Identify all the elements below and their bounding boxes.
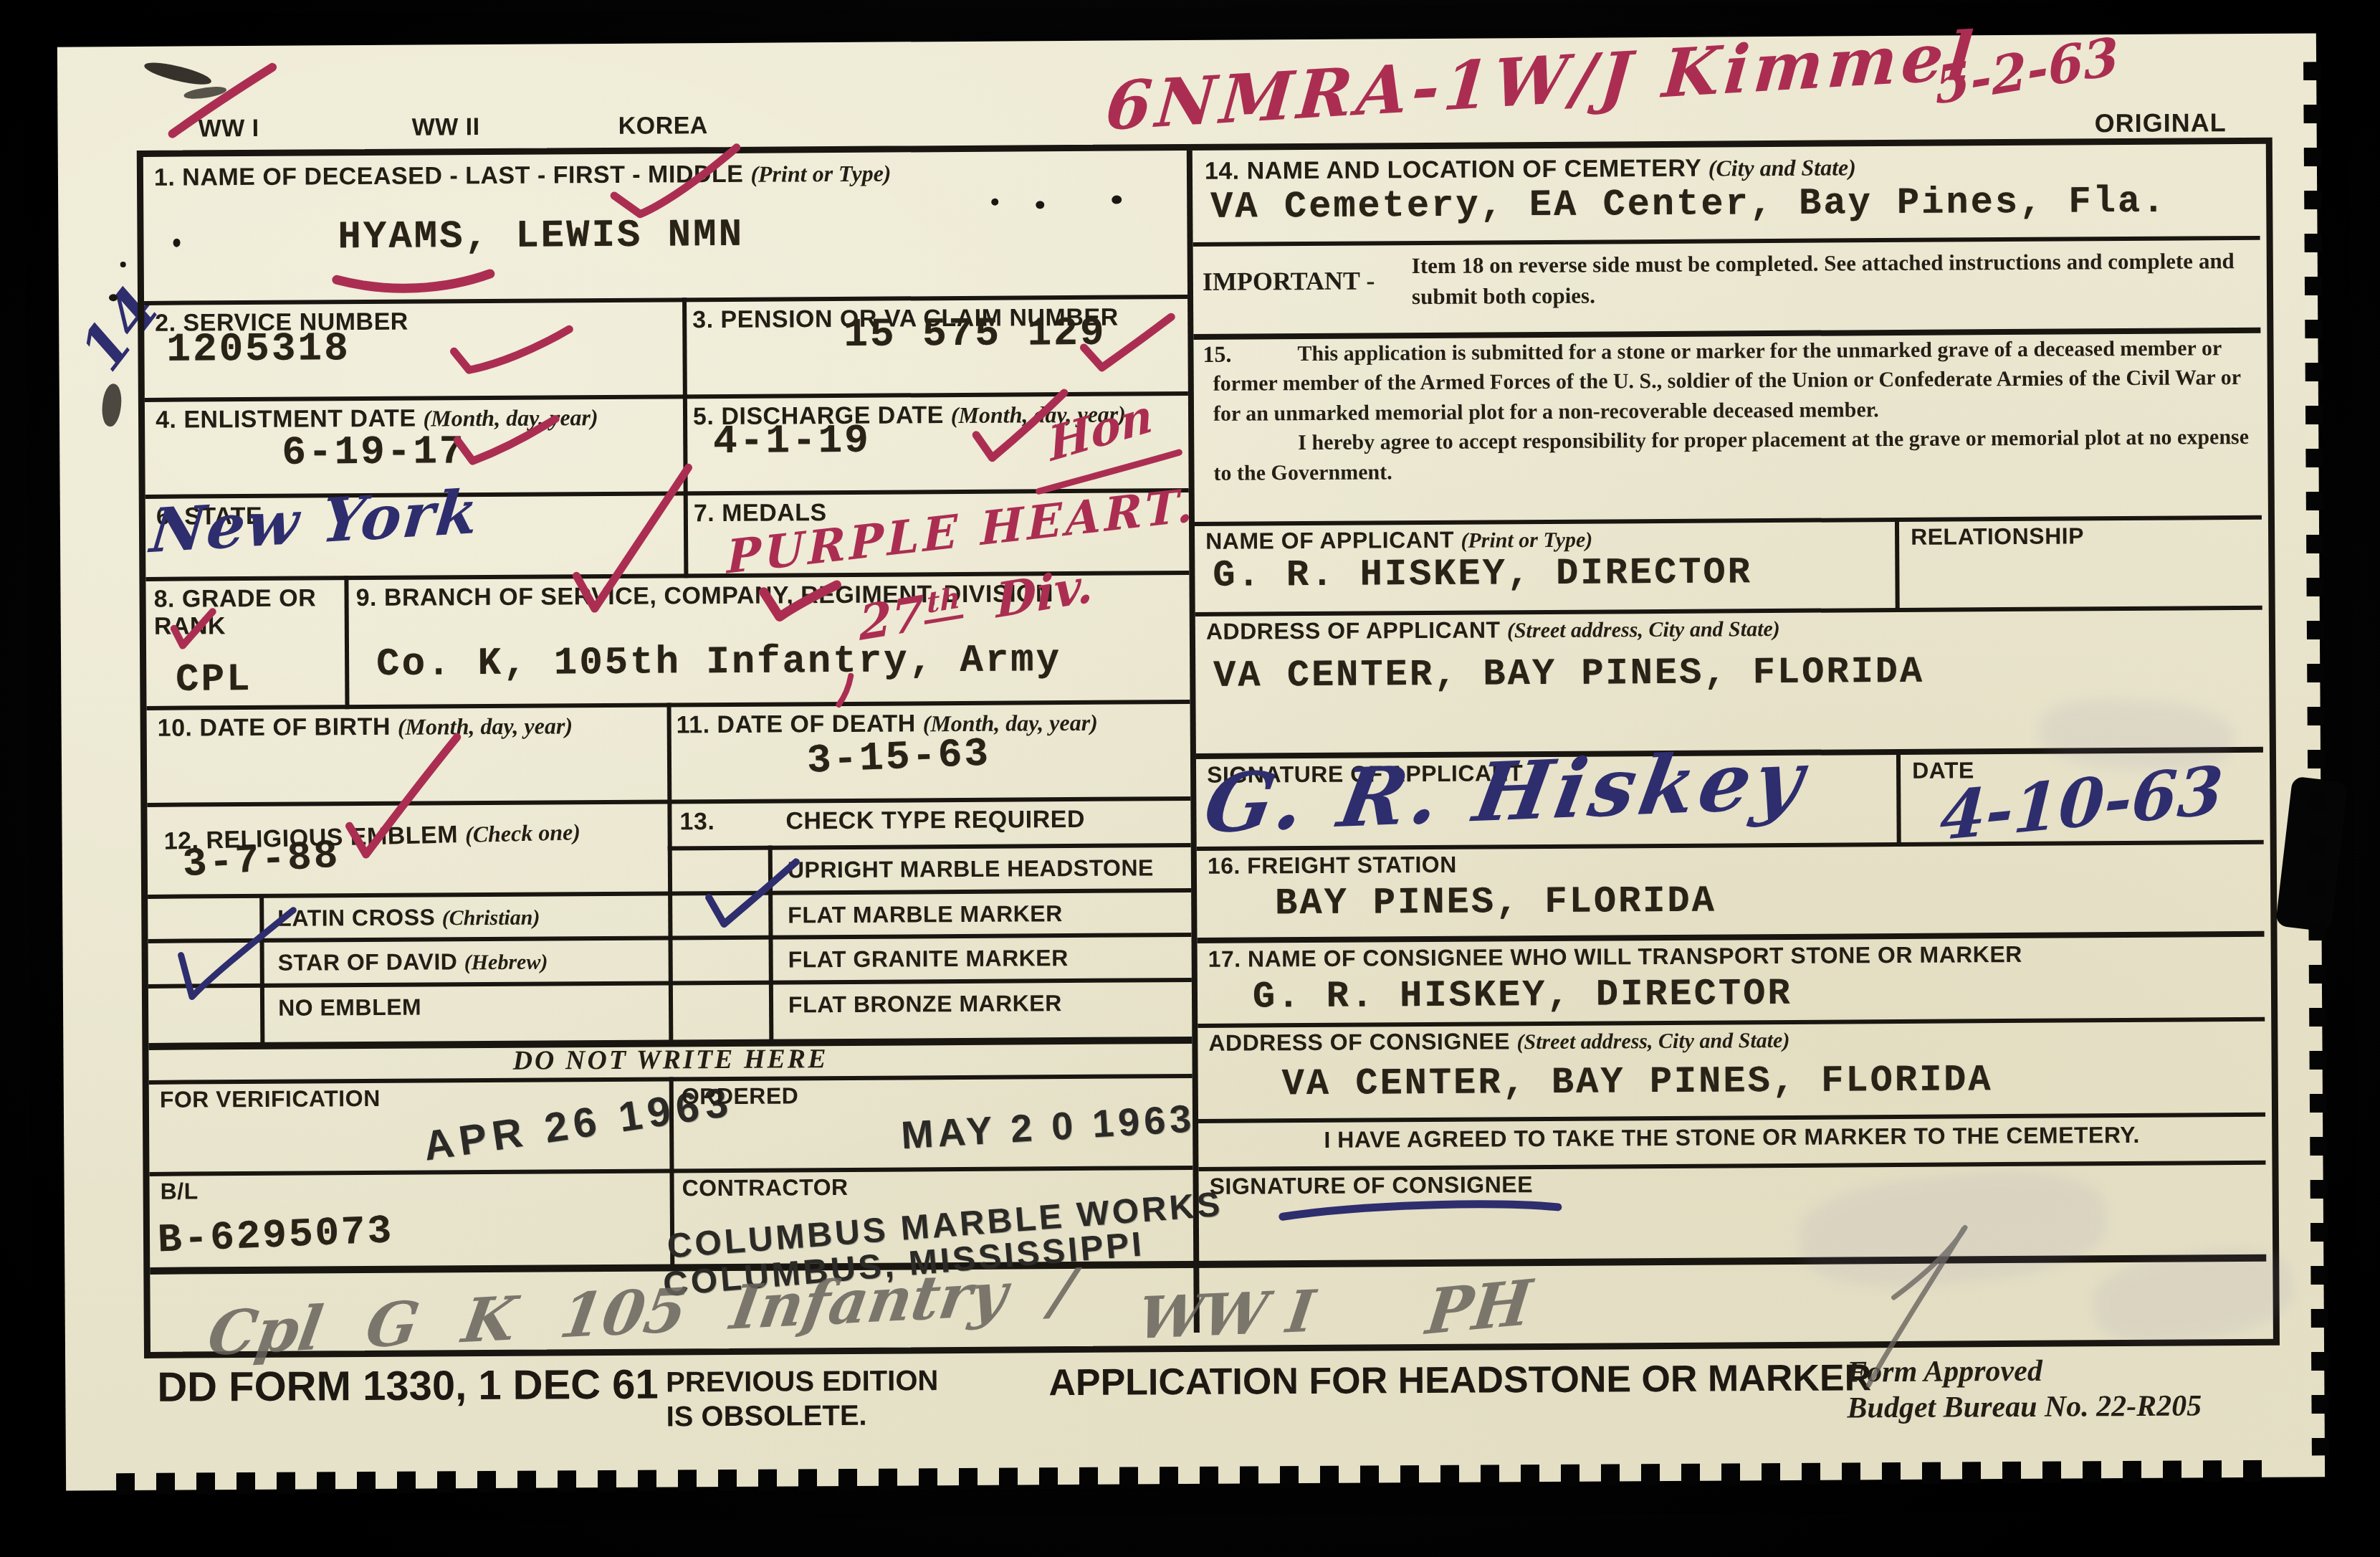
war-tab-ww2: WW II [411, 113, 479, 141]
field-14-value: VA Cemetery, EA Center, Bay Pines, Fla. [1210, 184, 2166, 227]
important-text: Item 18 on reverse side must be complete… [1412, 246, 2251, 313]
field-9-value: Co. K, 105th Infantry, Army [376, 642, 1061, 685]
important-label: IMPORTANT - [1203, 265, 1375, 296]
field-5-value: 4-1-19 [713, 421, 871, 462]
important-text-body: Item 18 on reverse side must be complete… [1412, 246, 2251, 313]
option-label-italic: (Hebrew) [464, 950, 548, 974]
field-1-label-italic: (Print or Type) [750, 161, 891, 187]
footer-form-number: DD FORM 1330, 1 DEC 61 [157, 1364, 659, 1409]
ink-speck [173, 239, 181, 247]
pencil-note-ph: PH [1423, 1272, 1534, 1344]
field-17-label: 17. NAME OF CONSIGNEE WHO WILL TRANSPORT… [1208, 942, 2022, 973]
footer-approved-2: Budget Bureau No. 22-R205 [1847, 1389, 2202, 1425]
applicant-name-value: G. R. HISKEY, DIRECTOR [1213, 554, 1752, 595]
field-15-paragraph-2: I hereby agree to accept responsibility … [1213, 422, 2249, 488]
field-12-label-italic: (Check one) [465, 819, 581, 847]
option-label: STAR OF DAVID [278, 948, 458, 976]
bl-label: B/L [161, 1179, 199, 1204]
field-11-value: 3-15-63 [806, 733, 991, 781]
consignee-address-label: ADDRESS OF CONSIGNEE [1208, 1028, 1510, 1056]
consignee-signature-label: SIGNATURE OF CONSIGNEE [1210, 1172, 1534, 1200]
relationship-label: RELATIONSHIP [1911, 523, 2084, 550]
consignee-address-label-italic: (Street address, City and State) [1516, 1029, 1789, 1054]
footer-form-title: APPLICATION FOR HEADSTONE OR MARKER [1048, 1359, 1871, 1401]
perforation-right [2303, 62, 2329, 1455]
footer-previous-edition-1: PREVIOUS EDITION [666, 1363, 938, 1399]
field-1-label: 1. NAME OF DECEASED - LAST - FIRST - MID… [154, 161, 744, 191]
applicant-name-head: NAME OF APPLICANT (Print or Type) [1205, 527, 1592, 555]
option-label-italic: (Christian) [442, 906, 540, 930]
war-tab-korea: KOREA [618, 112, 708, 140]
field-14-label-italic: (City and State) [1708, 154, 1856, 181]
grid-line [1895, 518, 1900, 612]
field-11-label: 11. DATE OF DEATH [677, 710, 916, 738]
field-4-label-italic: (Month, day, year) [423, 404, 598, 431]
field-10-label-italic: (Month, day, year) [398, 713, 573, 739]
field-15-paragraph-1: This application is submitted for a ston… [1213, 333, 2249, 429]
grid-line [259, 894, 264, 1047]
emblem-option-latin-cross: LATIN CROSS (Christian) [277, 905, 540, 932]
edge-smudge [143, 59, 213, 89]
consignee-address-head: ADDRESS OF CONSIGNEE (Street address, Ci… [1208, 1027, 1789, 1057]
ink-speck [1036, 201, 1044, 209]
type-option-flat-bronze-marker: FLAT BRONZE MARKER [788, 991, 1062, 1018]
emblem-option-no-emblem: NO EMBLEM [278, 995, 421, 1022]
type-option-flat-granite-marker: FLAT GRANITE MARKER [788, 946, 1069, 973]
war-tab-ww1: WW I [198, 115, 259, 143]
type-option-upright-marble-headstone: UPRIGHT MARBLE HEADSTONE [788, 855, 1154, 883]
applicant-signature-script: G. R. Hiskey [1199, 740, 1813, 845]
field-14-cemetery: 14. NAME AND LOCATION OF CEMETERY (City … [1205, 153, 1856, 185]
field-1-name-of-deceased: 1. NAME OF DECEASED - LAST - FIRST - MID… [154, 160, 892, 191]
grid-line [1896, 749, 1901, 847]
field-13-title: CHECK TYPE REQUIRED [785, 806, 1085, 835]
field-13-number: 13. [679, 808, 715, 835]
applicant-name-label-italic: (Print or Type) [1461, 528, 1592, 553]
option-label: LATIN CROSS [277, 904, 435, 930]
field-8-value: CPL [176, 661, 252, 700]
emblem-option-star-of-david: STAR OF DAVID (Hebrew) [278, 948, 548, 976]
contractor-label: CONTRACTOR [682, 1175, 849, 1201]
field-14-label: 14. NAME AND LOCATION OF CEMETERY [1205, 155, 1701, 185]
scan-background: WW I WW II KOREA 6NMRA-1W/J Kimmel 5-2-6… [0, 0, 2380, 1557]
do-not-write-here-label: DO NOT WRITE HERE [148, 1041, 1192, 1079]
bl-value: B-6295073 [157, 1211, 394, 1260]
field-8-label: 8. GRADE OR RANK [153, 584, 333, 640]
field-3-value: 15 575 129 [843, 313, 1106, 355]
field-15-text: This application is submitted for a ston… [1213, 333, 2249, 488]
field-10-birth: 10. DATE OF BIRTH (Month, day, year) [158, 712, 573, 742]
field-16-value: BAY PINES, FLORIDA [1275, 883, 1716, 923]
footer-approved-1: Form Approved [1847, 1354, 2042, 1390]
applicant-address-label: ADDRESS OF APPLICANT [1206, 616, 1501, 644]
applicant-name-label: NAME OF APPLICANT [1205, 527, 1454, 554]
applicant-address-label-italic: (Street address, City and State) [1507, 617, 1780, 642]
footer-previous-edition-2: IS OBSOLETE. [666, 1399, 866, 1434]
division-note-number: 27 [859, 584, 924, 652]
field-1-value: HYAMS, LEWIS NMN [338, 216, 744, 257]
edge-smudge [100, 383, 123, 427]
field-6-value-handwritten: New York [148, 482, 482, 561]
ink-speck [991, 199, 998, 206]
red-routing-note: 6NMRA-1W/J Kimmel [1103, 22, 1979, 140]
consignee-address-value: VA CENTER, BAY PINES, FLORIDA [1282, 1062, 1993, 1103]
division-note-suffix: th [924, 580, 964, 624]
pencil-note-wwi: WW I [1134, 1282, 1318, 1347]
field-2-value: 1205318 [166, 328, 350, 370]
ordered-label: ORDERED [682, 1083, 799, 1110]
ink-speck [1112, 196, 1122, 204]
original-copy-label: ORIGINAL [2094, 108, 2226, 138]
for-verification-label: FOR VERIFICATION [160, 1086, 381, 1113]
ink-speck [120, 262, 126, 267]
perforation-bottom [116, 1460, 2282, 1495]
type-option-flat-marble-marker: FLAT MARBLE MARKER [788, 901, 1063, 928]
grid-line [344, 576, 349, 709]
field-4-value: 6-19-17 [282, 432, 466, 473]
applicant-address-value: VA CENTER, BAY PINES, FLORIDA [1213, 654, 1924, 695]
field-16-label: 16. FREIGHT STATION [1208, 852, 1457, 880]
ink-speck [109, 294, 118, 301]
form-paper: WW I WW II KOREA 6NMRA-1W/J Kimmel 5-2-6… [57, 33, 2325, 1490]
field-10-label: 10. DATE OF BIRTH [158, 713, 391, 742]
applicant-address-head: ADDRESS OF APPLICANT (Street address, Ci… [1206, 616, 1780, 645]
edge-smudge [183, 85, 227, 101]
field-17-value: G. R. HISKEY, DIRECTOR [1253, 976, 1792, 1016]
